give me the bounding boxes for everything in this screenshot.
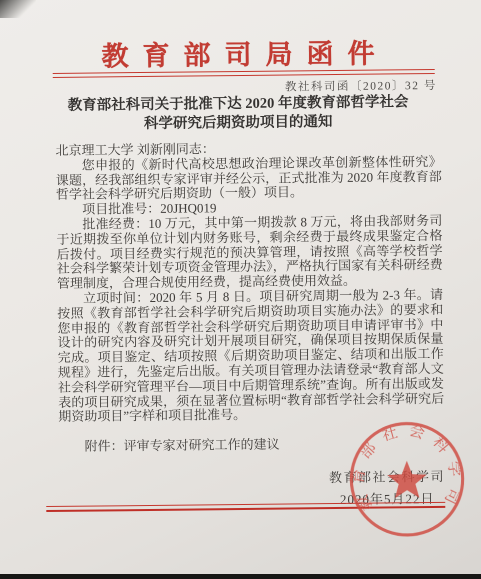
- official-seal-icon: 教育部社会科学司: [339, 412, 474, 547]
- paragraph-funding: 批准经费：10 万元，其中第一期拨款 8 万元，将由我部财务司于近期拨至你单位计…: [56, 214, 443, 292]
- document-photo: 教育部司局函件 教社科司函〔2020〕32 号 教育部社科司关于批准下达 202…: [0, 0, 481, 579]
- paragraph-approval: 您申报的《新时代高校思想政治理论课改革创新整体性研究》课题，经我部组织专家评审并…: [56, 155, 442, 203]
- document-number: 教社科司函〔2020〕32 号: [285, 77, 437, 95]
- seal-star-icon: [387, 461, 427, 499]
- document-content: 教育部司局函件 教社科司函〔2020〕32 号 教育部社科司关于批准下达 202…: [0, 0, 481, 579]
- photo-corner-shadow: [0, 0, 36, 18]
- letterhead-title: 教育部司局函件: [0, 30, 479, 74]
- notice-title: 教育部社科司关于批准下达 2020 年度教育部哲学社会 科学研究后期资助项目的通…: [38, 93, 438, 134]
- letter-body: 北京理工大学 刘新刚同志： 您申报的《新时代高校思想政治理论课改革创新整体性研究…: [55, 140, 444, 455]
- paragraph-schedule: 立项时间：2020 年 5 月 8 日。项目研究周期一般为 2-3 年。请按照《…: [57, 288, 444, 425]
- photo-bottom-edge: [0, 574, 481, 579]
